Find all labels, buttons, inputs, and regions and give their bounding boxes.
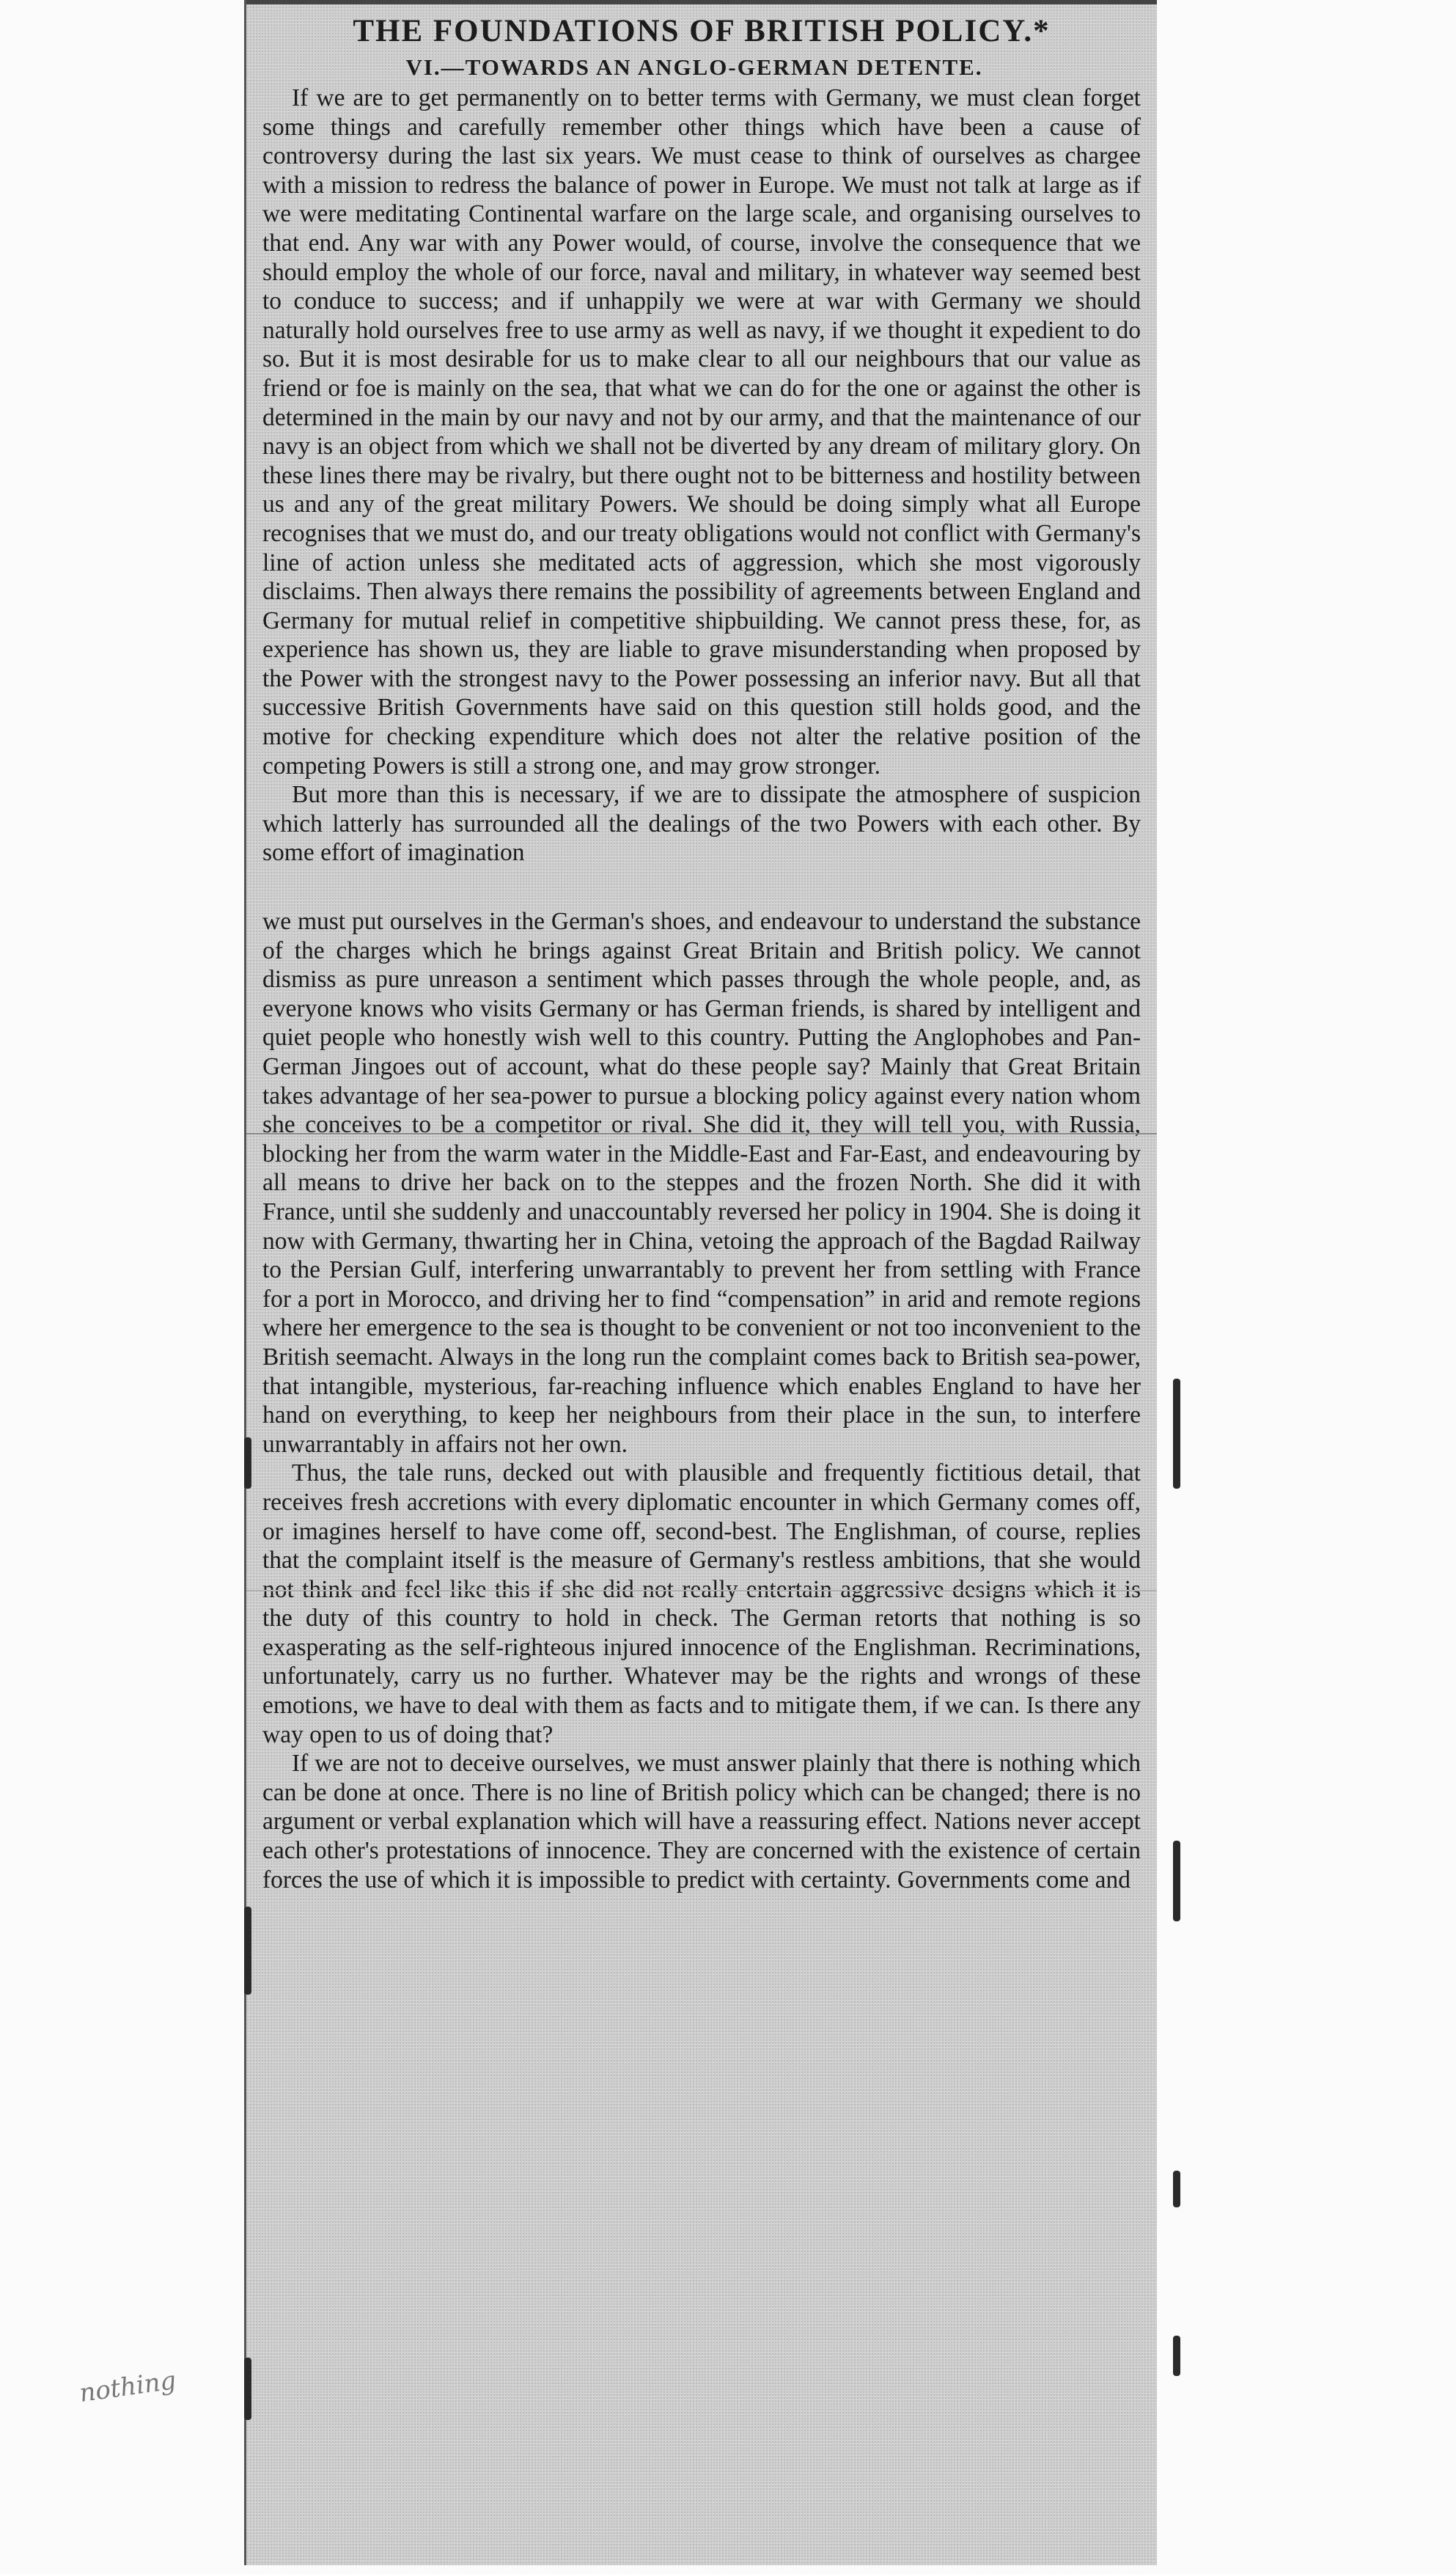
- margin-pencil-mark: [1173, 1379, 1180, 1489]
- margin-pencil-mark: [1173, 2336, 1180, 2376]
- newspaper-clipping: The Foundations of British Policy.* VI.—…: [244, 0, 1157, 2565]
- article-paragraph: But more than this is necessary, if we a…: [262, 780, 1141, 868]
- margin-pencil-mark: [1173, 1841, 1180, 1921]
- article-subtitle: VI.—Towards an Anglo-German Detente.: [262, 51, 1141, 84]
- clipping-seam: [246, 1133, 1157, 1134]
- article-paragraph: Thus, the tale runs, decked out with pla…: [262, 1459, 1141, 1749]
- handwritten-margin-note: nothing: [78, 2366, 178, 2408]
- article-paragraph: If we are not to deceive ourselves, we m…: [262, 1749, 1141, 1894]
- margin-pencil-mark: [1173, 2171, 1180, 2207]
- clipping-top-edge: [246, 0, 1157, 4]
- margin-pencil-mark: [244, 1437, 251, 1489]
- margin-pencil-mark: [244, 2358, 251, 2420]
- article-paragraph: we must put ourselves in the German's sh…: [262, 907, 1141, 1459]
- article-title: The Foundations of British Policy.*: [262, 12, 1141, 51]
- article-paragraph: If we are to get permanently on to bette…: [262, 84, 1141, 780]
- column-break: [262, 868, 1141, 907]
- margin-pencil-mark: [244, 1907, 251, 1995]
- clipping-fold: [246, 1590, 1157, 1591]
